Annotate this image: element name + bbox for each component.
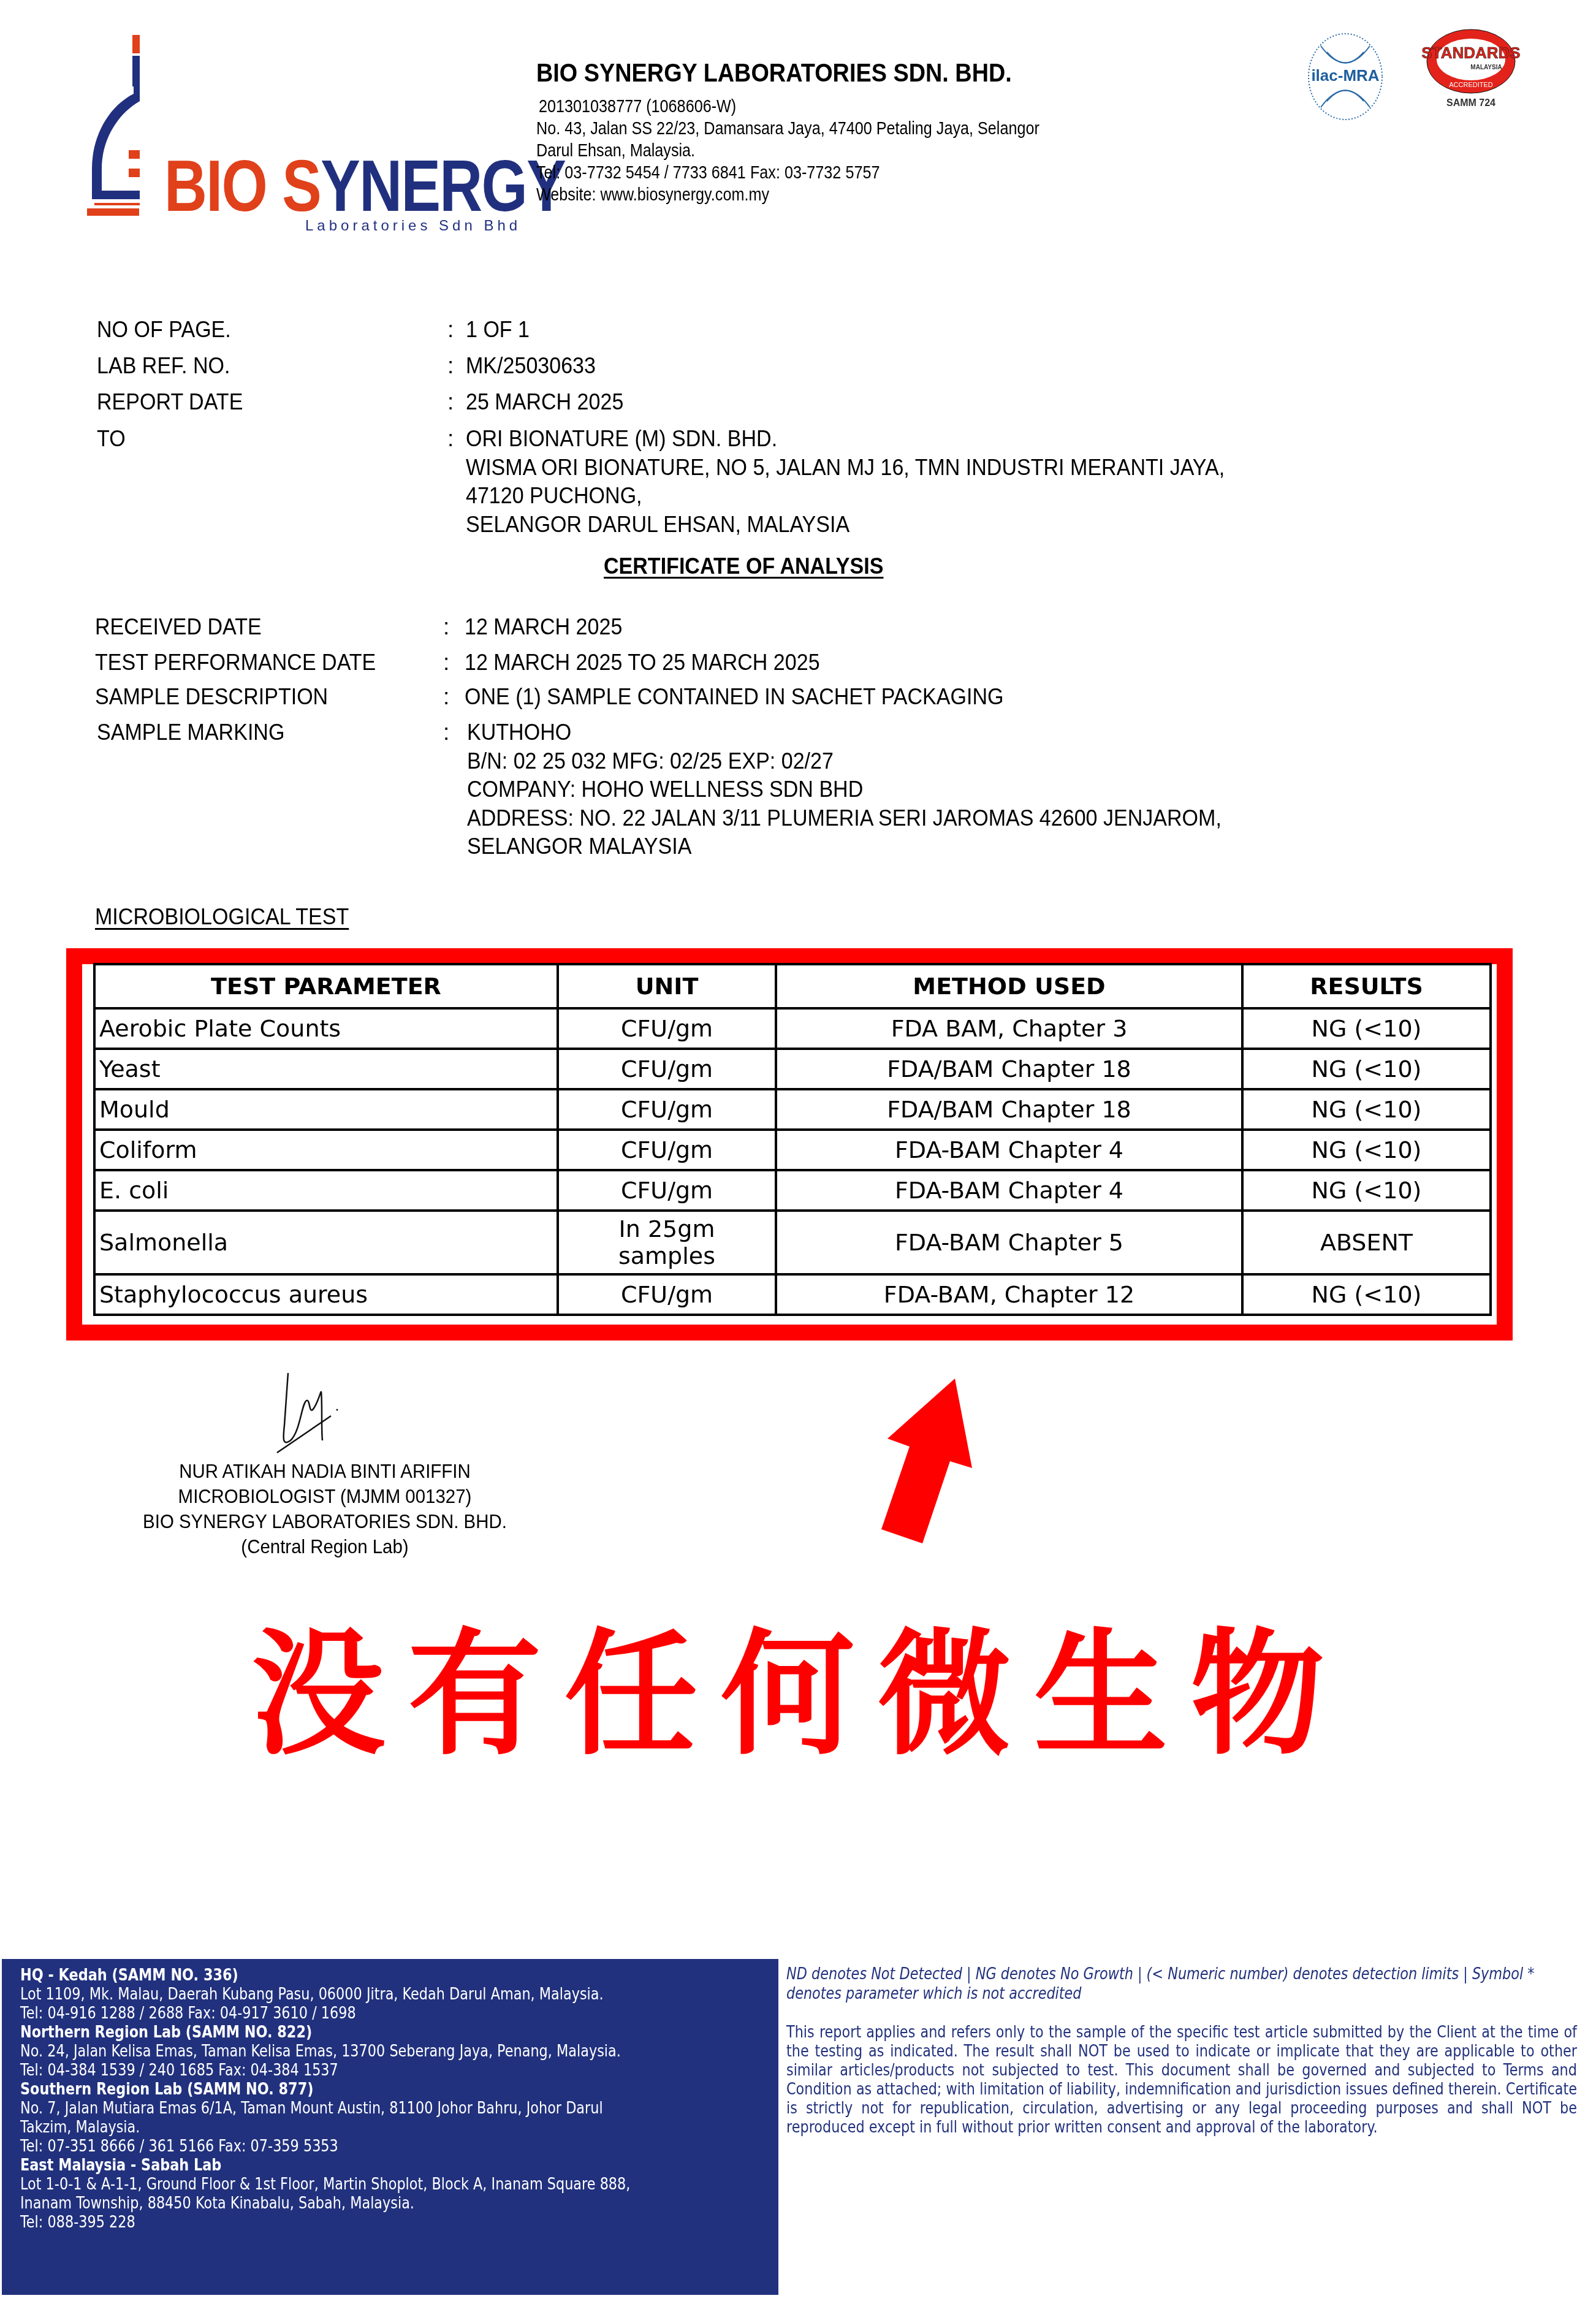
- test-performance-date: 12 MARCH 2025 TO 25 MARCH 2025: [465, 648, 820, 677]
- company-address-line2: Darul Ehsan, Malaysia.: [536, 140, 1077, 162]
- annotation-text: 没有任何微生物: [251, 1618, 1331, 1771]
- company-contact: Tel: 03-7732 5454 / 7733 6841 Fax: 03-77…: [536, 162, 1077, 184]
- lab-heading: East Malaysia - Sabah Lab: [20, 2156, 672, 2175]
- table-row: Coliform CFU/gm FDA-BAM Chapter 4 NG (<1…: [94, 1130, 1491, 1170]
- received-date: 12 MARCH 2025: [465, 613, 622, 641]
- table-row: Aerobic Plate Counts CFU/gm FDA BAM, Cha…: [94, 1008, 1491, 1049]
- logo-tagline: Laboratories Sdn Bhd: [305, 218, 521, 235]
- section-title-microbiological-test: MICROBIOLOGICAL TEST: [95, 904, 349, 930]
- signatory-block: NUR ATIKAH NADIA BINTI ARIFFIN MICROBIOL…: [80, 1459, 570, 1559]
- svg-text:MALAYSIA: MALAYSIA: [1470, 64, 1502, 71]
- microscope-icon: [80, 83, 147, 205]
- column-header-results: RESULTS: [1242, 964, 1491, 1008]
- company-address-line1: No. 43, Jalan SS 22/23, Damansara Jaya, …: [536, 118, 1077, 140]
- lab-heading: HQ - Kedah (SAMM NO. 336): [20, 1966, 672, 1985]
- svg-text:ilac-MRA: ilac-MRA: [1311, 66, 1379, 85]
- sample-description: ONE (1) SAMPLE CONTAINED IN SACHET PACKA…: [465, 683, 1004, 711]
- recipient-address: ORI BIONATURE (M) SDN. BHD. WISMA ORI BI…: [466, 425, 1291, 539]
- report-date: 25 MARCH 2025: [466, 388, 623, 416]
- signatory-name: NUR ATIKAH NADIA BINTI ARIFFIN: [99, 1459, 550, 1484]
- signature-icon: [264, 1367, 374, 1465]
- signatory-company: BIO SYNERGY LABORATORIES SDN. BHD.: [99, 1509, 550, 1534]
- results-table: TEST PARAMETER UNIT METHOD USED RESULTS …: [93, 963, 1492, 1316]
- table-row: Salmonella In 25gm samples FDA-BAM Chapt…: [94, 1211, 1491, 1274]
- svg-text:SAMM 724: SAMM 724: [1446, 98, 1495, 108]
- table-row: Yeast CFU/gm FDA/BAM Chapter 18 NG (<10): [94, 1049, 1491, 1089]
- abbreviation-note: ND denotes Not Detected | NG denotes No …: [786, 1964, 1577, 2004]
- footer-notes: ND denotes Not Detected | NG denotes No …: [786, 1964, 1577, 2137]
- standards-malaysia-badge-icon: STANDARDS MALAYSIA ACCREDITED SAMM 724: [1413, 28, 1535, 120]
- sample-marking: KUTHOHO B/N: 02 25 032 MFG: 02/25 EXP: 0…: [467, 718, 1287, 861]
- table-row: E. coli CFU/gm FDA-BAM Chapter 4 NG (<10…: [94, 1170, 1491, 1211]
- svg-text:STANDARDS: STANDARDS: [1421, 44, 1520, 62]
- column-header-unit: UNIT: [558, 964, 776, 1008]
- disclaimer: This report applies and refers only to t…: [786, 2023, 1577, 2137]
- column-header-test-parameter: TEST PARAMETER: [94, 964, 558, 1008]
- lab-heading: Northern Region Lab (SAMM NO. 822): [20, 2023, 672, 2042]
- company-details: BIO SYNERGY LABORATORIES SDN. BHD. 20130…: [536, 58, 1180, 206]
- table-header-row: TEST PARAMETER UNIT METHOD USED RESULTS: [94, 964, 1491, 1008]
- signatory-region: (Central Region Lab): [99, 1534, 550, 1559]
- logo-wordmark: BIO SYNERGY: [164, 150, 565, 222]
- company-registration: 201301038777 (1068606-W): [539, 96, 1077, 118]
- certificate-title: CERTIFICATE OF ANALYSIS: [604, 553, 883, 579]
- column-header-method: METHOD USED: [776, 964, 1242, 1008]
- signatory-title: MICROBIOLOGIST (MJMM 001327): [99, 1484, 550, 1509]
- lab-heading: Southern Region Lab (SAMM NO. 877): [20, 2080, 672, 2099]
- ilac-mra-badge-icon: ilac-MRA: [1302, 31, 1388, 123]
- company-name: BIO SYNERGY LABORATORIES SDN. BHD.: [536, 58, 1103, 88]
- table-row: Mould CFU/gm FDA/BAM Chapter 18 NG (<10): [94, 1089, 1491, 1130]
- up-arrow-icon: [834, 1361, 1017, 1569]
- table-row: Staphylococcus aureus CFU/gm FDA-BAM, Ch…: [94, 1274, 1491, 1315]
- svg-text:ACCREDITED: ACCREDITED: [1449, 82, 1493, 89]
- page-count: 1 OF 1: [466, 316, 530, 344]
- company-logo: BIO SYNERGY Laboratories Sdn Bhd: [80, 34, 509, 205]
- company-website[interactable]: Website: www.biosynergy.com.my: [536, 184, 1077, 206]
- lab-ref-number: MK/25030633: [466, 352, 596, 380]
- footer-lab-locations: HQ - Kedah (SAMM NO. 336) Lot 1109, Mk. …: [2, 1959, 778, 2295]
